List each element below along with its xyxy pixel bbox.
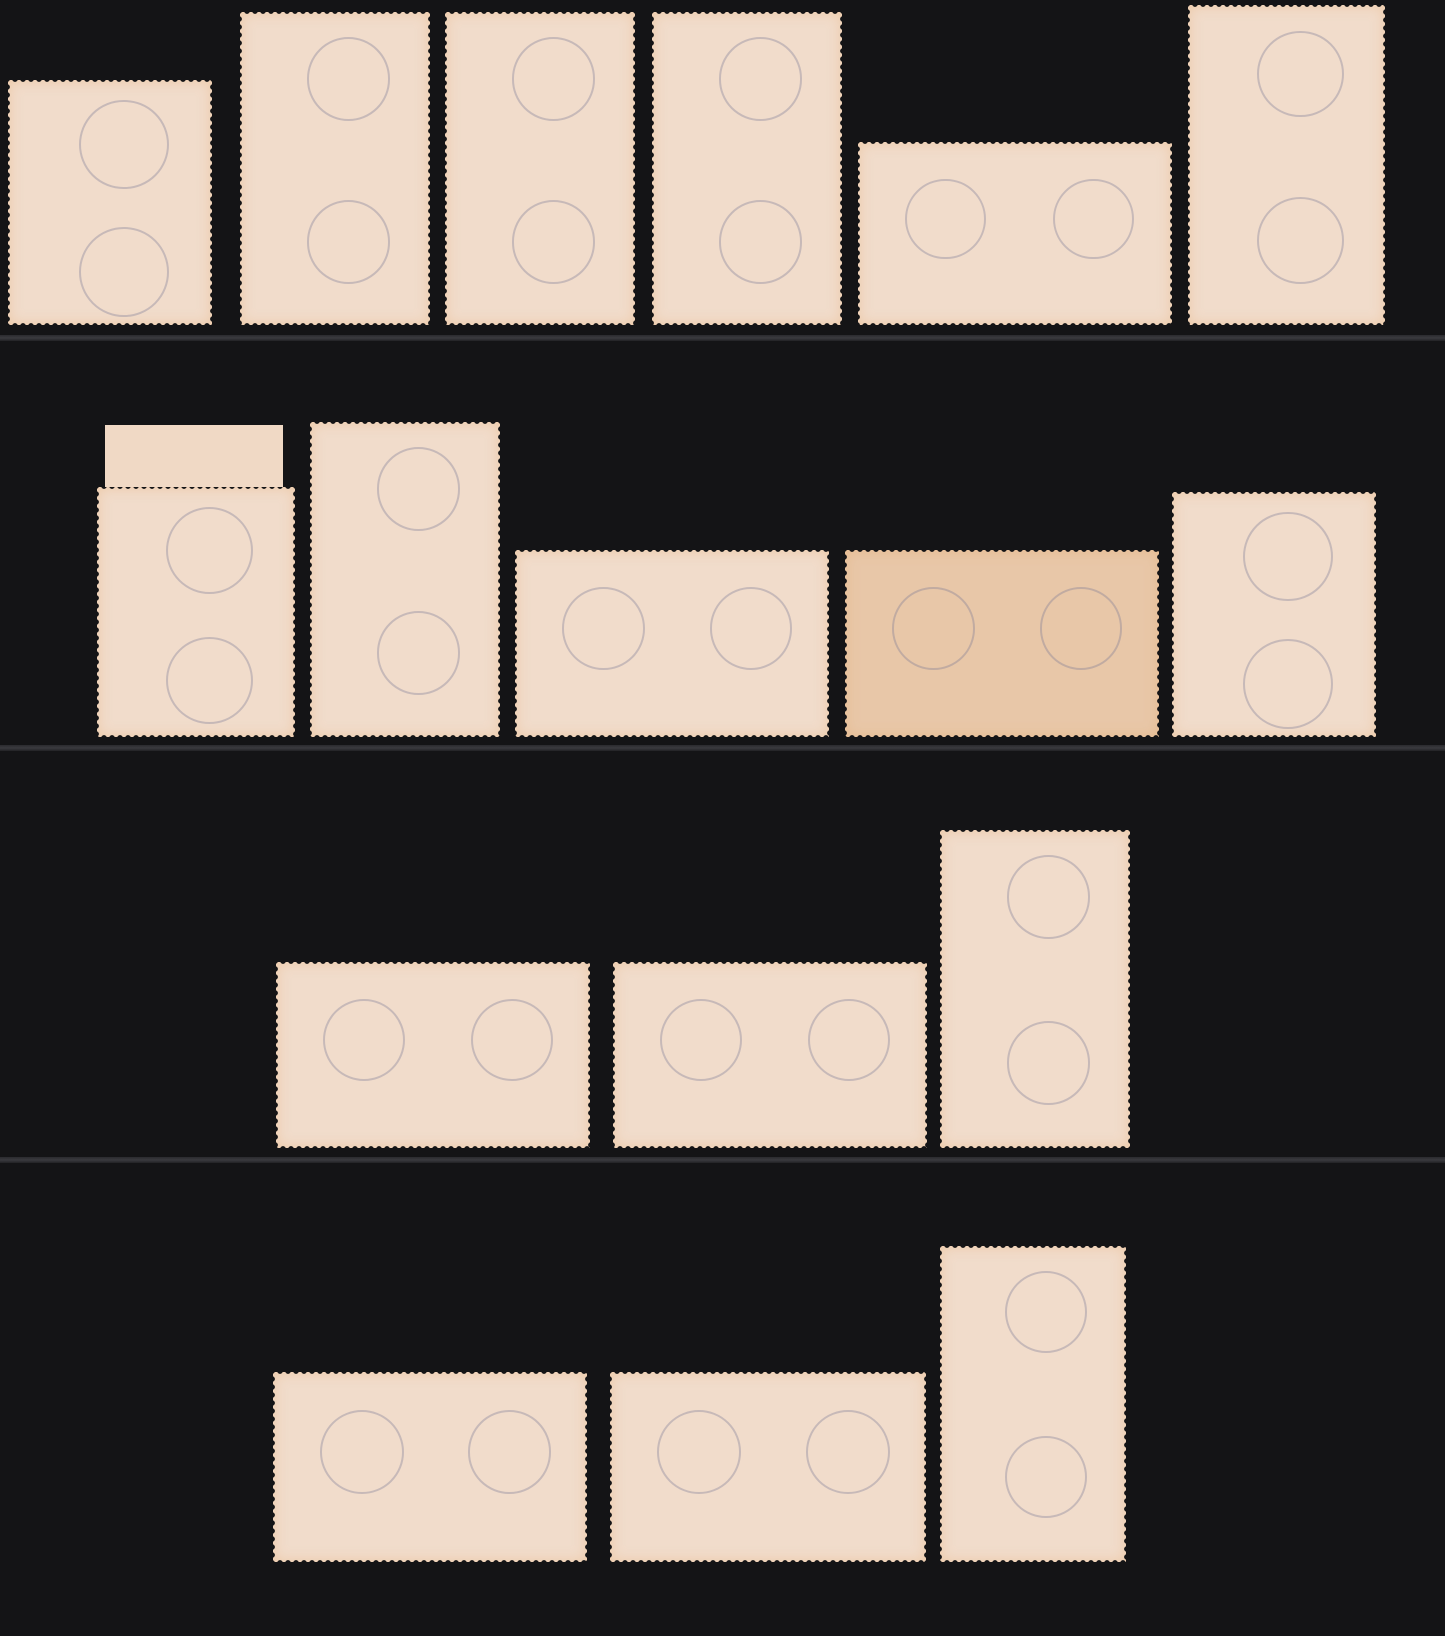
stamp-back bbox=[240, 12, 430, 325]
watermark-mark bbox=[512, 200, 596, 284]
watermark-mark bbox=[719, 200, 803, 284]
watermark-mark bbox=[1005, 1271, 1087, 1353]
stamp-back bbox=[1188, 5, 1385, 325]
watermark-mark bbox=[1005, 1436, 1087, 1518]
watermark-mark bbox=[79, 227, 169, 317]
stamp-back bbox=[613, 962, 927, 1148]
watermark-mark bbox=[320, 1410, 404, 1494]
watermark-mark bbox=[660, 999, 742, 1081]
stock-strip bbox=[0, 335, 1445, 341]
stamp-back bbox=[97, 487, 295, 737]
stamp-back bbox=[310, 422, 500, 737]
watermark-mark bbox=[892, 587, 975, 670]
watermark-mark bbox=[1257, 197, 1344, 284]
watermark-mark bbox=[166, 637, 253, 724]
watermark-mark bbox=[808, 999, 890, 1081]
watermark-mark bbox=[710, 587, 793, 670]
stamp-back bbox=[610, 1372, 926, 1562]
sheet-selvage bbox=[105, 425, 283, 487]
stamp-back bbox=[1172, 492, 1376, 737]
watermark-mark bbox=[1007, 855, 1091, 939]
watermark-mark bbox=[806, 1410, 890, 1494]
stock-strip bbox=[0, 745, 1445, 751]
stamp-back bbox=[940, 1246, 1126, 1562]
stock-strip bbox=[0, 1157, 1445, 1163]
watermark-mark bbox=[377, 611, 461, 695]
watermark-mark bbox=[562, 587, 645, 670]
watermark-mark bbox=[1053, 179, 1134, 260]
stamp-back bbox=[652, 12, 842, 325]
watermark-mark bbox=[79, 100, 169, 190]
stamp-back bbox=[858, 142, 1172, 325]
stamp-back bbox=[845, 550, 1159, 737]
watermark-mark bbox=[1040, 587, 1123, 670]
watermark-mark bbox=[166, 507, 253, 594]
watermark-mark bbox=[512, 37, 596, 121]
watermark-mark bbox=[468, 1410, 552, 1494]
watermark-mark bbox=[1243, 512, 1333, 602]
stamp-back bbox=[515, 550, 829, 737]
watermark-mark bbox=[1007, 1021, 1091, 1105]
stamp-back bbox=[445, 12, 635, 325]
watermark-mark bbox=[307, 200, 391, 284]
stamp-back bbox=[940, 830, 1130, 1148]
watermark-mark bbox=[323, 999, 405, 1081]
stamp-back bbox=[8, 80, 212, 325]
watermark-mark bbox=[307, 37, 391, 121]
watermark-mark bbox=[377, 447, 461, 531]
watermark-mark bbox=[1257, 31, 1344, 118]
watermark-mark bbox=[905, 179, 986, 260]
stamp-back bbox=[273, 1372, 587, 1562]
watermark-mark bbox=[719, 37, 803, 121]
watermark-mark bbox=[1243, 639, 1333, 729]
watermark-mark bbox=[471, 999, 553, 1081]
watermark-mark bbox=[657, 1410, 741, 1494]
stamp-back bbox=[276, 962, 590, 1148]
